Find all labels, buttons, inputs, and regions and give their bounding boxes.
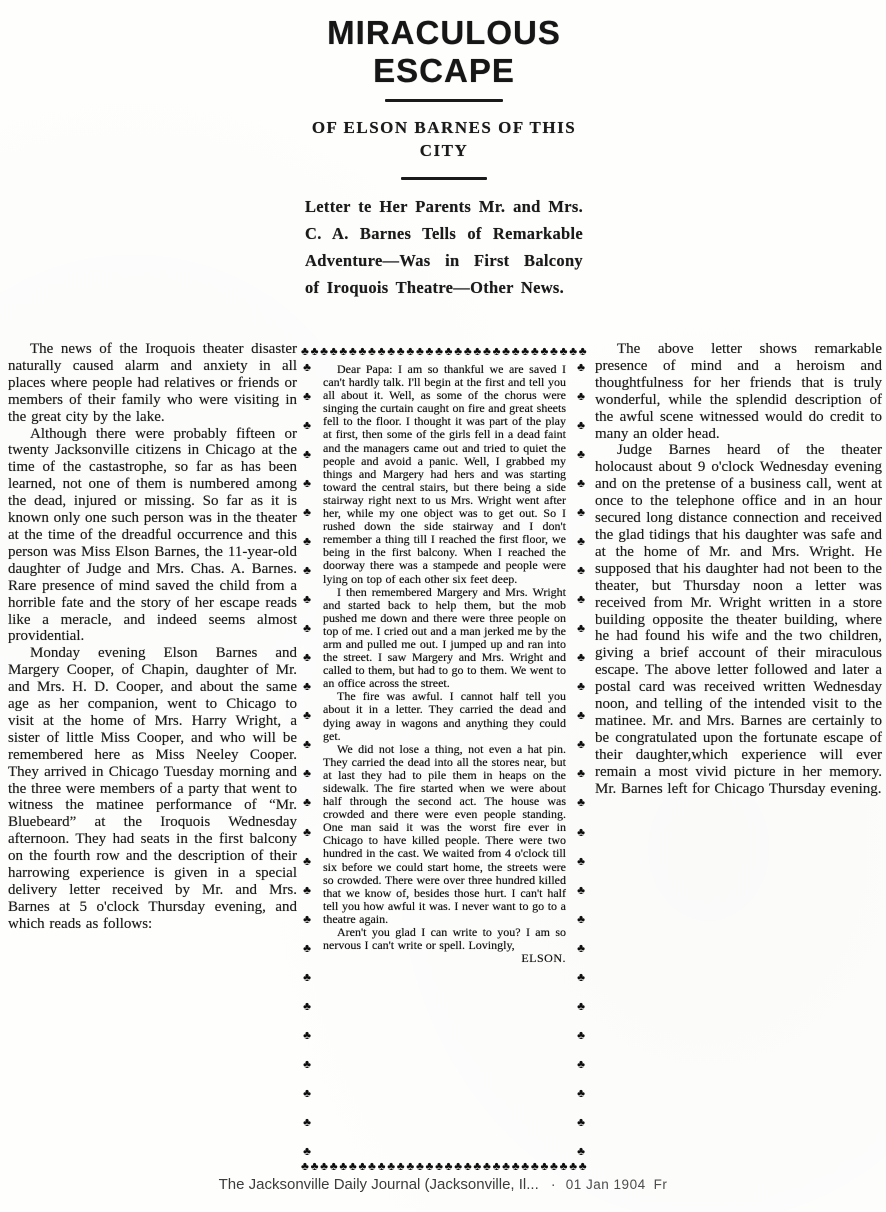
club-icon: ♣ <box>368 1160 376 1173</box>
club-icon: ♣ <box>531 345 539 358</box>
club-icon: ♣ <box>300 390 314 402</box>
letter-border-top: ♣♣♣♣♣♣♣♣♣♣♣♣♣♣♣♣♣♣♣♣♣♣♣♣♣♣♣♣♣♣ <box>300 345 588 358</box>
separator-dot: · <box>551 1176 556 1193</box>
club-icon: ♣ <box>454 345 462 358</box>
letter-border-left: ♣♣♣♣♣♣♣♣♣♣♣♣♣♣♣♣♣♣♣♣♣♣♣♣♣♣♣♣ <box>300 358 314 1160</box>
club-icon: ♣ <box>512 345 520 358</box>
club-icon: ♣ <box>445 1160 453 1173</box>
club-icon: ♣ <box>473 1160 481 1173</box>
letter-box: ♣♣♣♣♣♣♣♣♣♣♣♣♣♣♣♣♣♣♣♣♣♣♣♣♣♣♣♣♣♣ ♣♣♣♣♣♣♣♣♣… <box>300 345 588 1173</box>
letter-text: Dear Papa: I am so thankful we are saved… <box>314 358 574 1160</box>
club-icon: ♣ <box>493 1160 501 1173</box>
article-paragraph: The news of the Iroquois theater disaste… <box>8 341 297 426</box>
club-icon: ♣ <box>483 345 491 358</box>
left-column: The news of the Iroquois theater disaste… <box>8 341 297 933</box>
club-icon: ♣ <box>300 913 314 925</box>
club-icon: ♣ <box>579 1160 587 1173</box>
source-title: The Jacksonville Daily Journal (Jacksonv… <box>219 1176 539 1193</box>
club-icon: ♣ <box>300 826 314 838</box>
letter-closing: Aren't you glad I can write to you? I am… <box>323 926 566 952</box>
club-icon: ♣ <box>300 942 314 954</box>
article-paragraph: Monday evening Elson Barnes and Margery … <box>8 645 297 932</box>
letter-paragraph: Dear Papa: I am so thankful we are saved… <box>323 363 566 586</box>
club-icon: ♣ <box>300 1058 314 1070</box>
club-icon: ♣ <box>454 1160 462 1173</box>
club-icon: ♣ <box>435 345 443 358</box>
club-icon: ♣ <box>426 345 434 358</box>
club-icon: ♣ <box>574 1000 588 1012</box>
club-icon: ♣ <box>300 738 314 750</box>
club-icon: ♣ <box>378 1160 386 1173</box>
club-icon: ♣ <box>300 593 314 605</box>
club-icon: ♣ <box>574 564 588 576</box>
club-icon: ♣ <box>550 345 558 358</box>
club-icon: ♣ <box>387 1160 395 1173</box>
club-icon: ♣ <box>300 419 314 431</box>
club-icon: ♣ <box>311 345 319 358</box>
club-icon: ♣ <box>464 1160 472 1173</box>
club-icon: ♣ <box>320 1160 328 1173</box>
article-paragraph: Judge Barnes heard of the theater holoca… <box>595 442 882 797</box>
club-icon: ♣ <box>574 361 588 373</box>
club-icon: ♣ <box>300 651 314 663</box>
club-icon: ♣ <box>574 477 588 489</box>
club-icon: ♣ <box>330 345 338 358</box>
club-icon: ♣ <box>300 564 314 576</box>
club-icon: ♣ <box>502 345 510 358</box>
club-icon: ♣ <box>368 345 376 358</box>
club-icon: ♣ <box>512 1160 520 1173</box>
club-icon: ♣ <box>574 971 588 983</box>
letter-paragraph: We did not lose a thing, not even a hat … <box>323 743 566 926</box>
club-icon: ♣ <box>560 345 568 358</box>
club-icon: ♣ <box>574 1116 588 1128</box>
club-icon: ♣ <box>320 345 328 358</box>
club-icon: ♣ <box>397 345 405 358</box>
club-icon: ♣ <box>300 971 314 983</box>
divider <box>401 177 487 180</box>
source-footer: The Jacksonville Daily Journal (Jacksonv… <box>0 1176 886 1193</box>
letter-signature: ELSON. <box>507 952 566 965</box>
club-icon: ♣ <box>574 680 588 692</box>
club-icon: ♣ <box>300 709 314 721</box>
club-icon: ♣ <box>358 345 366 358</box>
club-icon: ♣ <box>574 622 588 634</box>
club-icon: ♣ <box>300 1145 314 1157</box>
club-icon: ♣ <box>406 345 414 358</box>
club-icon: ♣ <box>574 826 588 838</box>
club-icon: ♣ <box>300 506 314 518</box>
deck-headline: Letter te Her Parents Mr. and Mrs. C. A.… <box>305 193 583 301</box>
club-icon: ♣ <box>574 593 588 605</box>
club-icon: ♣ <box>574 1145 588 1157</box>
club-icon: ♣ <box>300 448 314 460</box>
divider <box>385 99 503 102</box>
club-icon: ♣ <box>301 1160 309 1173</box>
club-icon: ♣ <box>473 345 481 358</box>
club-icon: ♣ <box>574 913 588 925</box>
club-icon: ♣ <box>574 767 588 779</box>
article-header: MIRACULOUS ESCAPE OF ELSON BARNES OF THI… <box>299 14 589 301</box>
club-icon: ♣ <box>574 1058 588 1070</box>
club-icon: ♣ <box>349 345 357 358</box>
club-icon: ♣ <box>300 622 314 634</box>
letter-middle: ♣♣♣♣♣♣♣♣♣♣♣♣♣♣♣♣♣♣♣♣♣♣♣♣♣♣♣♣ Dear Papa: … <box>300 358 588 1160</box>
club-icon: ♣ <box>300 535 314 547</box>
club-icon: ♣ <box>502 1160 510 1173</box>
club-icon: ♣ <box>531 1160 539 1173</box>
club-icon: ♣ <box>300 1000 314 1012</box>
club-icon: ♣ <box>464 345 472 358</box>
letter-border-bottom: ♣♣♣♣♣♣♣♣♣♣♣♣♣♣♣♣♣♣♣♣♣♣♣♣♣♣♣♣♣♣ <box>300 1160 588 1173</box>
club-icon: ♣ <box>574 448 588 460</box>
club-icon: ♣ <box>574 855 588 867</box>
club-icon: ♣ <box>579 345 587 358</box>
club-icon: ♣ <box>521 1160 529 1173</box>
source-day: Fr <box>654 1177 668 1192</box>
club-icon: ♣ <box>574 796 588 808</box>
club-icon: ♣ <box>426 1160 434 1173</box>
club-icon: ♣ <box>349 1160 357 1173</box>
club-icon: ♣ <box>300 680 314 692</box>
club-icon: ♣ <box>300 767 314 779</box>
club-icon: ♣ <box>300 1116 314 1128</box>
club-icon: ♣ <box>300 884 314 896</box>
headline-line1: MIRACULOUS <box>299 14 589 52</box>
club-icon: ♣ <box>540 1160 548 1173</box>
club-icon: ♣ <box>574 1087 588 1099</box>
letter-closing-text: Aren't you glad I can write to you? I am… <box>323 925 566 952</box>
club-icon: ♣ <box>300 855 314 867</box>
club-icon: ♣ <box>540 345 548 358</box>
club-icon: ♣ <box>311 1160 319 1173</box>
letter-paragraph: The fire was awful. I cannot half tell y… <box>323 690 566 742</box>
letter-paragraphs: Dear Papa: I am so thankful we are saved… <box>323 363 566 926</box>
club-icon: ♣ <box>358 1160 366 1173</box>
club-icon: ♣ <box>300 1087 314 1099</box>
club-icon: ♣ <box>574 419 588 431</box>
club-icon: ♣ <box>416 345 424 358</box>
club-icon: ♣ <box>569 1160 577 1173</box>
club-icon: ♣ <box>574 1029 588 1041</box>
club-icon: ♣ <box>574 738 588 750</box>
club-icon: ♣ <box>301 345 309 358</box>
headline-line2: ESCAPE <box>299 52 589 90</box>
club-icon: ♣ <box>574 506 588 518</box>
article-paragraph: Although there were probably fifteen or … <box>8 426 297 646</box>
club-icon: ♣ <box>300 796 314 808</box>
club-icon: ♣ <box>574 884 588 896</box>
article-paragraph: The above letter shows remarkable presen… <box>595 341 882 442</box>
club-icon: ♣ <box>493 345 501 358</box>
club-icon: ♣ <box>483 1160 491 1173</box>
letter-paragraph: I then remembered Margery and Mrs. Wrigh… <box>323 586 566 691</box>
newspaper-clipping: MIRACULOUS ESCAPE OF ELSON BARNES OF THI… <box>0 0 886 1212</box>
club-icon: ♣ <box>435 1160 443 1173</box>
source-date: 01 Jan 1904 <box>566 1177 646 1192</box>
club-icon: ♣ <box>387 345 395 358</box>
club-icon: ♣ <box>378 345 386 358</box>
club-icon: ♣ <box>416 1160 424 1173</box>
club-icon: ♣ <box>397 1160 405 1173</box>
right-column: The above letter shows remarkable presen… <box>595 341 882 797</box>
club-icon: ♣ <box>300 1029 314 1041</box>
club-icon: ♣ <box>339 1160 347 1173</box>
club-icon: ♣ <box>550 1160 558 1173</box>
club-icon: ♣ <box>339 345 347 358</box>
subheadline: OF ELSON BARNES OF THIS CITY <box>299 116 589 162</box>
club-icon: ♣ <box>445 345 453 358</box>
letter-border-right: ♣♣♣♣♣♣♣♣♣♣♣♣♣♣♣♣♣♣♣♣♣♣♣♣♣♣♣♣ <box>574 358 588 1160</box>
club-icon: ♣ <box>569 345 577 358</box>
club-icon: ♣ <box>574 535 588 547</box>
club-icon: ♣ <box>406 1160 414 1173</box>
club-icon: ♣ <box>330 1160 338 1173</box>
club-icon: ♣ <box>300 477 314 489</box>
club-icon: ♣ <box>560 1160 568 1173</box>
club-icon: ♣ <box>521 345 529 358</box>
club-icon: ♣ <box>574 942 588 954</box>
club-icon: ♣ <box>574 390 588 402</box>
club-icon: ♣ <box>574 651 588 663</box>
club-icon: ♣ <box>300 361 314 373</box>
club-icon: ♣ <box>574 709 588 721</box>
